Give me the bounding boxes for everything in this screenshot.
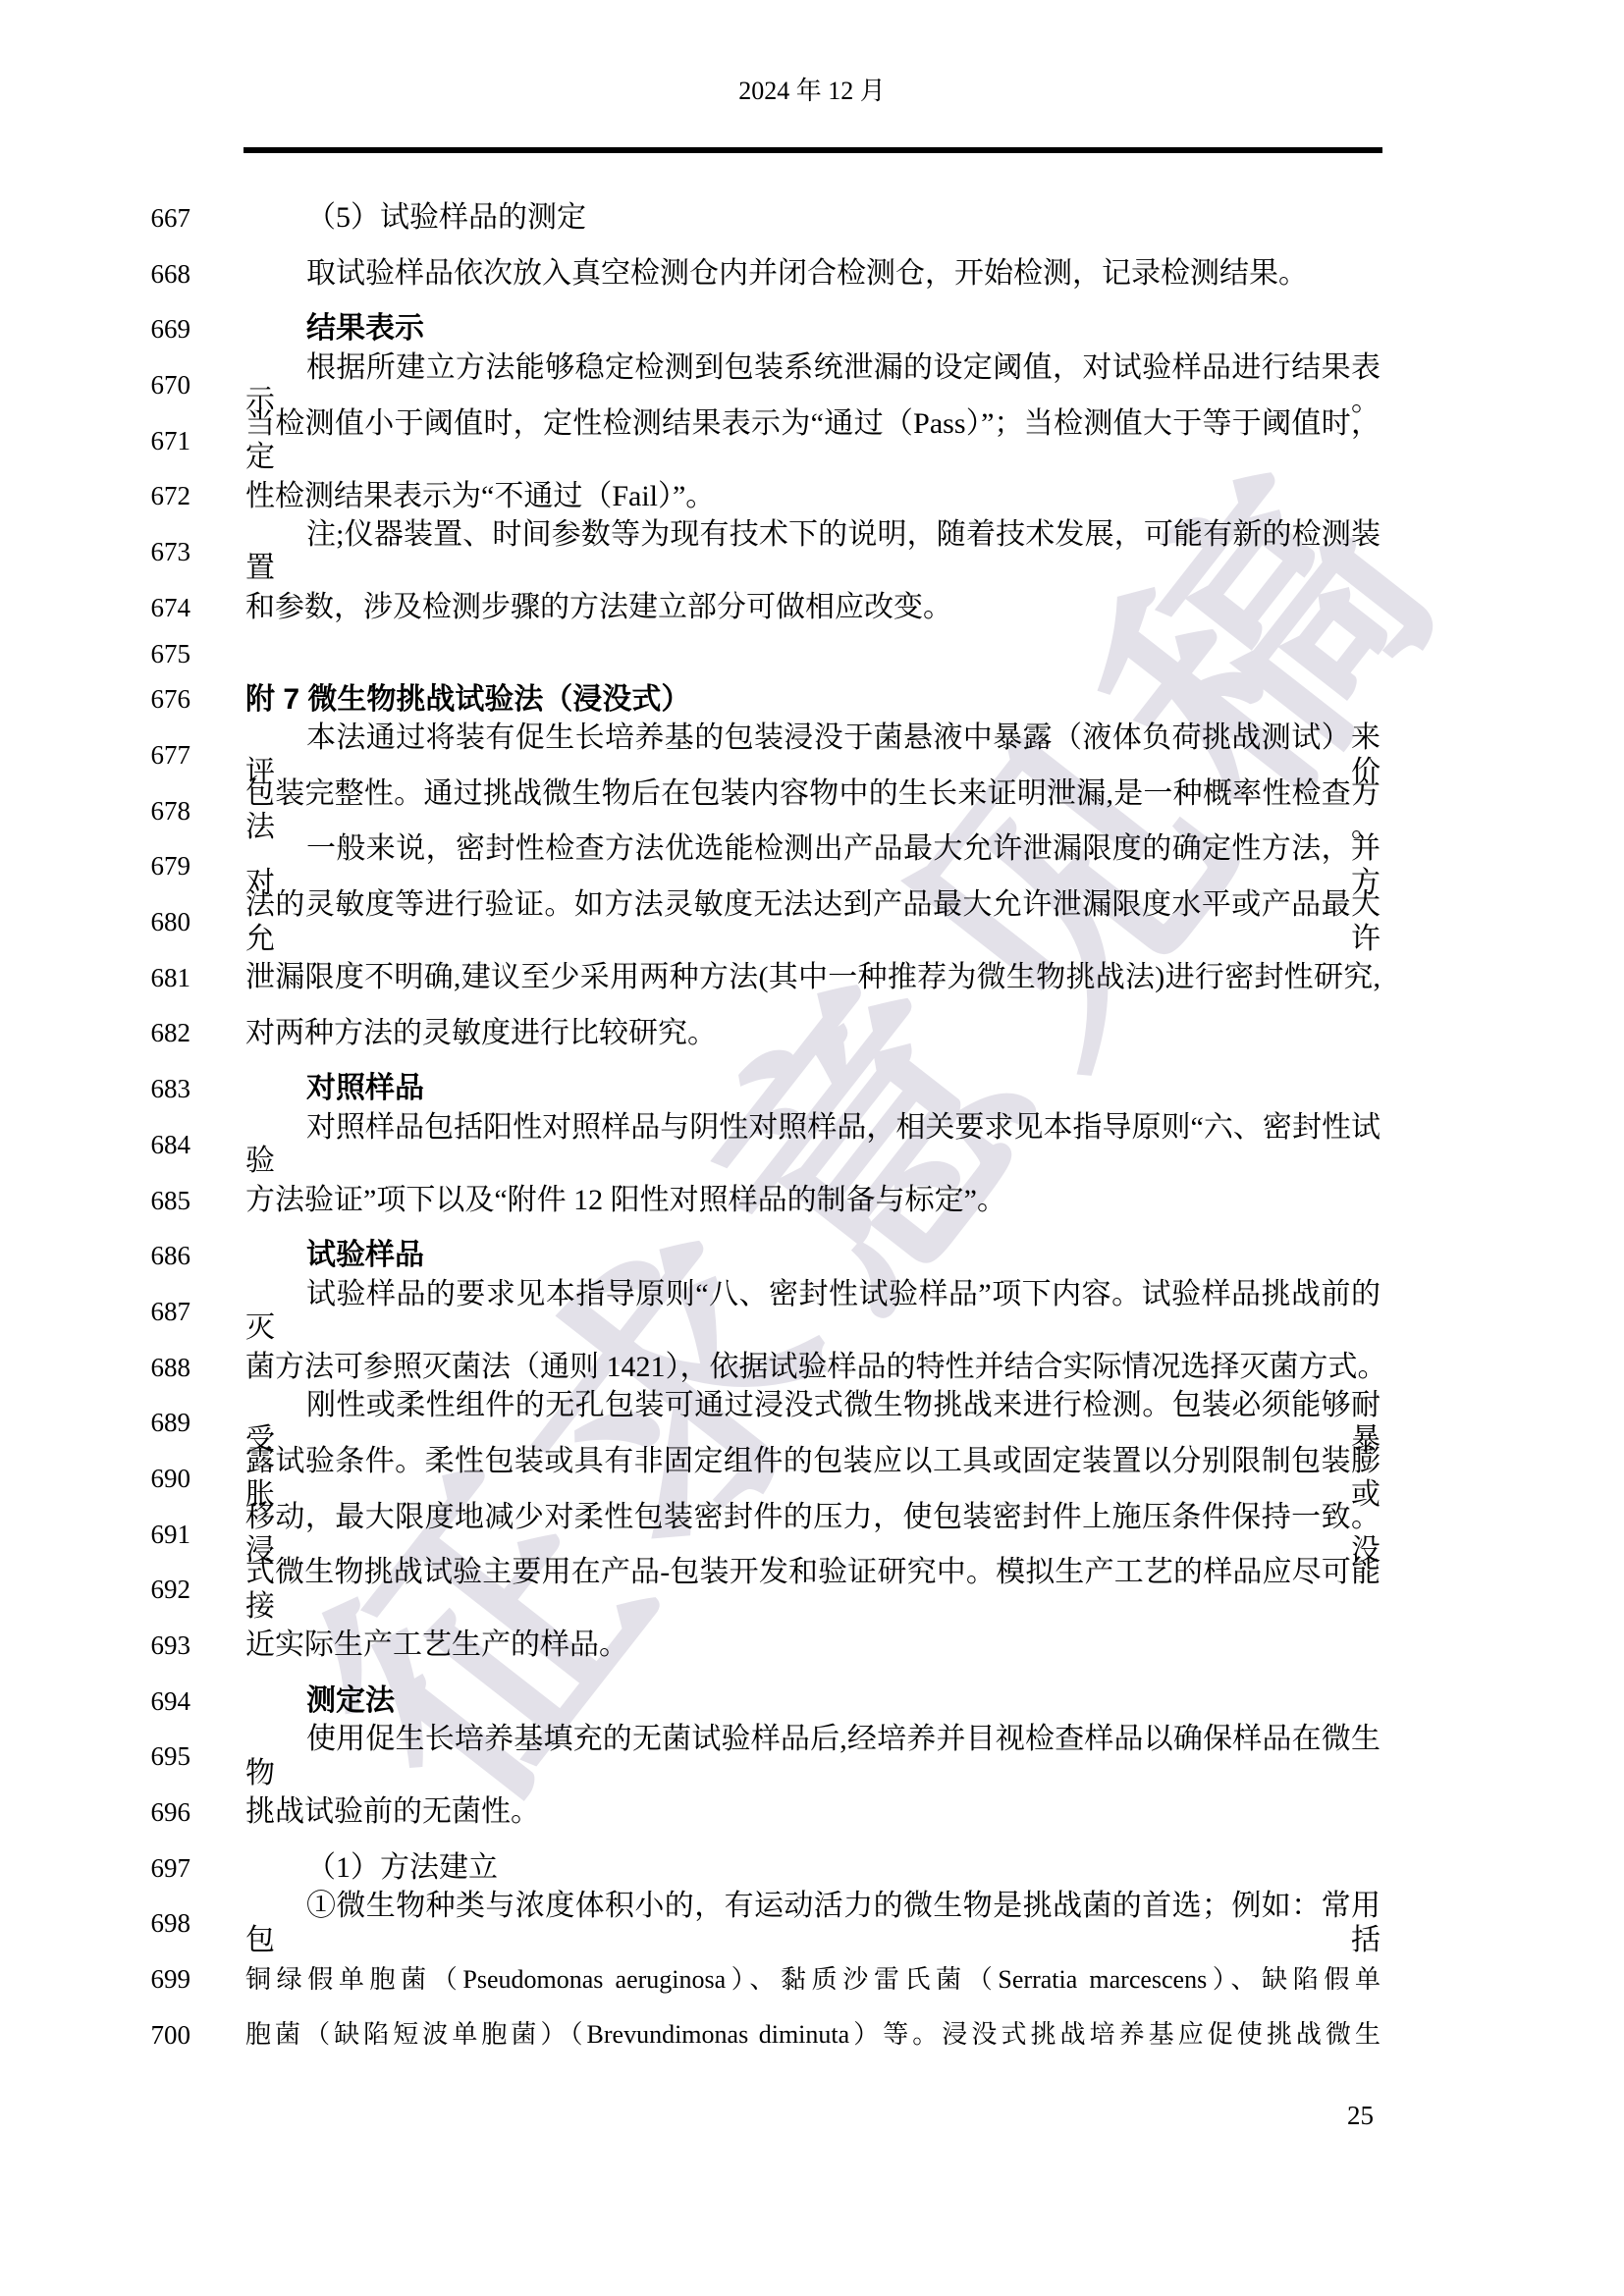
line-text: 法的灵敏度等进行验证。如方法灵敏度无法达到产品最大允许泄漏限度水平或产品最大允许 [245, 888, 1380, 956]
line-number: 675 [147, 639, 190, 669]
line-text: 附 7 微生物挑战试验法（浸没式） [245, 683, 1380, 718]
document-line: 690露试验条件。柔性包装或具有非固定组件的包装应以工具或固定装置以分别限制包装… [147, 1451, 1382, 1507]
document-line: 691移动，最大限度地减少对柔性包装密封件的压力，使包装密封件上施压条件保持一致… [147, 1507, 1382, 1563]
document-line: 668取试验样品依次放入真空检测仓内并闭合检测仓，开始检测，记录检测结果。 [147, 246, 1382, 302]
line-text: 当检测值小于阈值时，定性检测结果表示为“通过（Pass）”；当检测值大于等于阈值… [245, 407, 1380, 475]
document-line: 693近实际生产工艺生产的样品。 [147, 1618, 1382, 1674]
line-text: 对两种方法的灵敏度进行比较研究。 [245, 1017, 1380, 1051]
line-text: ①微生物种类与浓度体积小的，有运动活力的微生物是挑战菌的首选；例如：常用包括 [245, 1890, 1380, 1957]
document-line: 672性检测结果表示为“不通过（Fail）”。 [147, 468, 1382, 524]
document-line: 671当检测值小于阈值时，定性检测结果表示为“通过（Pass）”；当检测值大于等… [147, 413, 1382, 469]
line-text: （1）方法建立 [245, 1851, 1380, 1886]
line-text: （5）试验样品的测定 [245, 201, 1380, 236]
line-number: 671 [147, 426, 190, 456]
page-number: 25 [1347, 2101, 1374, 2131]
line-number: 690 [147, 1464, 190, 1494]
line-number: 684 [147, 1130, 190, 1160]
document-line: 683对照样品 [147, 1061, 1382, 1117]
document-line: 696挑战试验前的无菌性。 [147, 1785, 1382, 1841]
line-text: 和参数，涉及检测步骤的方法建立部分可做相应改变。 [245, 591, 1380, 625]
document-line: 686试验样品 [147, 1228, 1382, 1284]
line-number: 700 [147, 2020, 190, 2051]
line-number: 688 [147, 1353, 190, 1383]
document-line: 700胞菌（缺陷短波单胞菌）（Brevundimonas diminuta）等。… [147, 2007, 1382, 2063]
document-line: 670根据所建立方法能够稳定检测到包装系统泄漏的设定阈值，对试验样品进行结果表示… [147, 357, 1382, 413]
line-text: 取试验样品依次放入真空检测仓内并闭合检测仓，开始检测，记录检测结果。 [245, 257, 1380, 292]
document-line: 684对照样品包括阳性对照样品与阴性对照样品，相关要求见本指导原则“六、密封性试… [147, 1117, 1382, 1173]
line-number: 667 [147, 203, 190, 234]
line-number: 680 [147, 907, 190, 937]
header-divider [244, 147, 1382, 153]
line-number: 679 [147, 851, 190, 881]
line-number: 694 [147, 1686, 190, 1717]
document-line: 694测定法 [147, 1674, 1382, 1730]
line-text: 铜绿假单胞菌（Pseudomonas aeruginosa）、黏质沙雷氏菌（Se… [245, 1965, 1380, 1995]
document-line: 697（1）方法建立 [147, 1841, 1382, 1896]
line-text: 使用促生长培养基填充的无菌试验样品后,经培养并目视检查样品以确保样品在微生物 [245, 1723, 1380, 1790]
document-page: 征求意见稿 2024 年 12 月 667（5）试验样品的测定668取试验样品依… [0, 0, 1624, 2296]
line-text: 近实际生产工艺生产的样品。 [245, 1629, 1380, 1663]
line-text: 注;仪器装置、时间参数等为现有技术下的说明，随着技术发展，可能有新的检测装置 [245, 518, 1380, 586]
line-text: 性检测结果表示为“不通过（Fail）”。 [245, 480, 1380, 514]
document-line: 669结果表示 [147, 301, 1382, 357]
line-text: 试验样品的要求见本指导原则“八、密封性试验样品”项下内容。试验样品挑战前的灭 [245, 1278, 1380, 1346]
line-number: 695 [147, 1741, 190, 1772]
document-lines: 667（5）试验样品的测定668取试验样品依次放入真空检测仓内并闭合检测仓，开始… [147, 190, 1382, 2063]
line-number: 676 [147, 684, 190, 715]
line-number: 669 [147, 314, 190, 345]
line-text: 对照样品包括阳性对照样品与阴性对照样品，相关要求见本指导原则“六、密封性试验 [245, 1111, 1380, 1179]
line-number: 698 [147, 1908, 190, 1939]
line-text: 挑战试验前的无菌性。 [245, 1795, 1380, 1830]
line-number: 673 [147, 537, 190, 567]
document-line: 677本法通过将装有促生长培养基的包装浸没于菌悬液中暴露（液体负荷挑战测试）来评… [147, 727, 1382, 783]
document-line: 689刚性或柔性组件的无孔包装可通过浸没式微生物挑战来进行检测。包装必须能够耐受… [147, 1395, 1382, 1451]
line-text: 测定法 [245, 1684, 1380, 1719]
line-number: 686 [147, 1241, 190, 1271]
line-number: 693 [147, 1630, 190, 1661]
line-number: 681 [147, 963, 190, 993]
document-line: 698①微生物种类与浓度体积小的，有运动活力的微生物是挑战菌的首选；例如：常用包… [147, 1896, 1382, 1952]
line-text: 胞菌（缺陷短波单胞菌）（Brevundimonas diminuta）等。浸没式… [245, 2020, 1380, 2050]
line-text: 对照样品 [245, 1072, 1380, 1106]
document-line: 695使用促生长培养基填充的无菌试验样品后,经培养并目视检查样品以确保样品在微生… [147, 1730, 1382, 1786]
document-line: 682对两种方法的灵敏度进行比较研究。 [147, 1006, 1382, 1062]
line-number: 691 [147, 1520, 190, 1550]
line-number: 678 [147, 796, 190, 827]
document-line: 676附 7 微生物挑战试验法（浸没式） [147, 672, 1382, 728]
header-date: 2024 年 12 月 [0, 71, 1624, 107]
line-text: 泄漏限度不明确,建议至少采用两种方法(其中一种推荐为微生物挑战法)进行密封性研究… [245, 961, 1380, 995]
document-line: 673注;仪器装置、时间参数等为现有技术下的说明，随着技术发展，可能有新的检测装… [147, 524, 1382, 580]
line-number: 697 [147, 1853, 190, 1884]
line-number: 685 [147, 1186, 190, 1216]
line-number: 677 [147, 740, 190, 771]
line-number: 674 [147, 593, 190, 623]
line-number: 670 [147, 370, 190, 400]
document-line: 675 [147, 636, 1382, 672]
document-line: 679一般来说，密封性检查方法优选能检测出产品最大允许泄漏限度的确定性方法，并对… [147, 839, 1382, 895]
line-number: 668 [147, 259, 190, 290]
line-number: 692 [147, 1575, 190, 1605]
document-line: 667（5）试验样品的测定 [147, 190, 1382, 246]
document-line: 680法的灵敏度等进行验证。如方法灵敏度无法达到产品最大允许泄漏限度水平或产品最… [147, 894, 1382, 950]
document-line: 688菌方法可参照灭菌法（通则 1421），依据试验样品的特性并结合实际情况选择… [147, 1340, 1382, 1396]
line-number: 687 [147, 1297, 190, 1327]
line-number: 683 [147, 1074, 190, 1104]
line-text: 方法验证”项下以及“附件 12 阳性对照样品的制备与标定”。 [245, 1184, 1380, 1218]
document-line: 678包装完整性。通过挑战微生物后在包装内容物中的生长来证明泄漏,是一种概率性检… [147, 783, 1382, 839]
document-line: 685方法验证”项下以及“附件 12 阳性对照样品的制备与标定”。 [147, 1173, 1382, 1229]
line-number: 689 [147, 1408, 190, 1438]
line-number: 672 [147, 481, 190, 511]
document-line: 687试验样品的要求见本指导原则“八、密封性试验样品”项下内容。试验样品挑战前的… [147, 1284, 1382, 1340]
line-number: 696 [147, 1797, 190, 1828]
line-text: 结果表示 [245, 312, 1380, 347]
line-text: 试验样品 [245, 1239, 1380, 1273]
document-line: 699铜绿假单胞菌（Pseudomonas aeruginosa）、黏质沙雷氏菌… [147, 1951, 1382, 2007]
document-line: 681泄漏限度不明确,建议至少采用两种方法(其中一种推荐为微生物挑战法)进行密封… [147, 950, 1382, 1006]
document-line: 674和参数，涉及检测步骤的方法建立部分可做相应改变。 [147, 580, 1382, 636]
line-number: 682 [147, 1018, 190, 1048]
document-line: 692式微生物挑战试验主要用在产品-包装开发和验证研究中。模拟生产工艺的样品应尽… [147, 1563, 1382, 1619]
line-text: 式微生物挑战试验主要用在产品-包装开发和验证研究中。模拟生产工艺的样品应尽可能接 [245, 1556, 1380, 1624]
line-number: 699 [147, 1964, 190, 1995]
line-text: 菌方法可参照灭菌法（通则 1421），依据试验样品的特性并结合实际情况选择灭菌方… [245, 1351, 1380, 1385]
